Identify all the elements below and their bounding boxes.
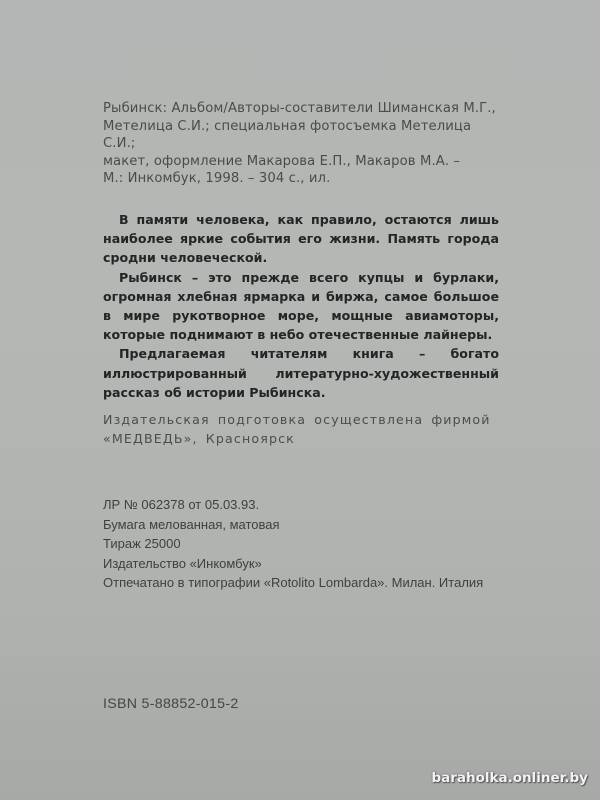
imprint-details: ЛР № 062378 от 05.03.93. Бумага мелованн…: [103, 495, 523, 593]
biblio-line: М.: Инкомбук, 1998. – 304 с., ил.: [103, 170, 503, 188]
site-watermark: baraholka.onliner.by: [431, 770, 588, 786]
isbn-number: ISBN 5-88852-015-2: [103, 696, 239, 712]
abstract-paragraph: В памяти человека, как правило, остаются…: [103, 210, 499, 268]
biblio-line: макет, оформление Макарова Е.П., Макаров…: [103, 153, 503, 171]
license-number: ЛР № 062378 от 05.03.93.: [103, 495, 523, 515]
printer-info: Отпечатано в типографии «Rotolito Lombar…: [103, 573, 523, 593]
publisher-note: Издательская подготовка осуществлена фир…: [103, 410, 503, 448]
print-run: Тираж 25000: [103, 534, 523, 554]
publisher-note-line: Издательская подготовка осуществлена фир…: [103, 410, 503, 429]
book-abstract: В памяти человека, как правило, остаются…: [103, 210, 499, 402]
book-imprint-page: Рыбинск: Альбом/Авторы-составители Шиман…: [0, 0, 600, 800]
abstract-paragraph: Предлагаемая читателям книга – богато ил…: [103, 344, 499, 402]
bibliographic-description: Рыбинск: Альбом/Авторы-составители Шиман…: [103, 100, 503, 188]
publisher-name: Издательство «Инкомбук»: [103, 554, 523, 574]
publisher-note-line: «МЕДВЕДЬ», Красноярск: [103, 429, 503, 448]
biblio-line: Рыбинск: Альбом/Авторы-составители Шиман…: [103, 100, 503, 118]
abstract-paragraph: Рыбинск – это прежде всего купцы и бурла…: [103, 268, 499, 345]
biblio-line: Метелица С.И.; специальная фотосъемка Ме…: [103, 118, 503, 153]
paper-type: Бумага мелованная, матовая: [103, 515, 523, 535]
